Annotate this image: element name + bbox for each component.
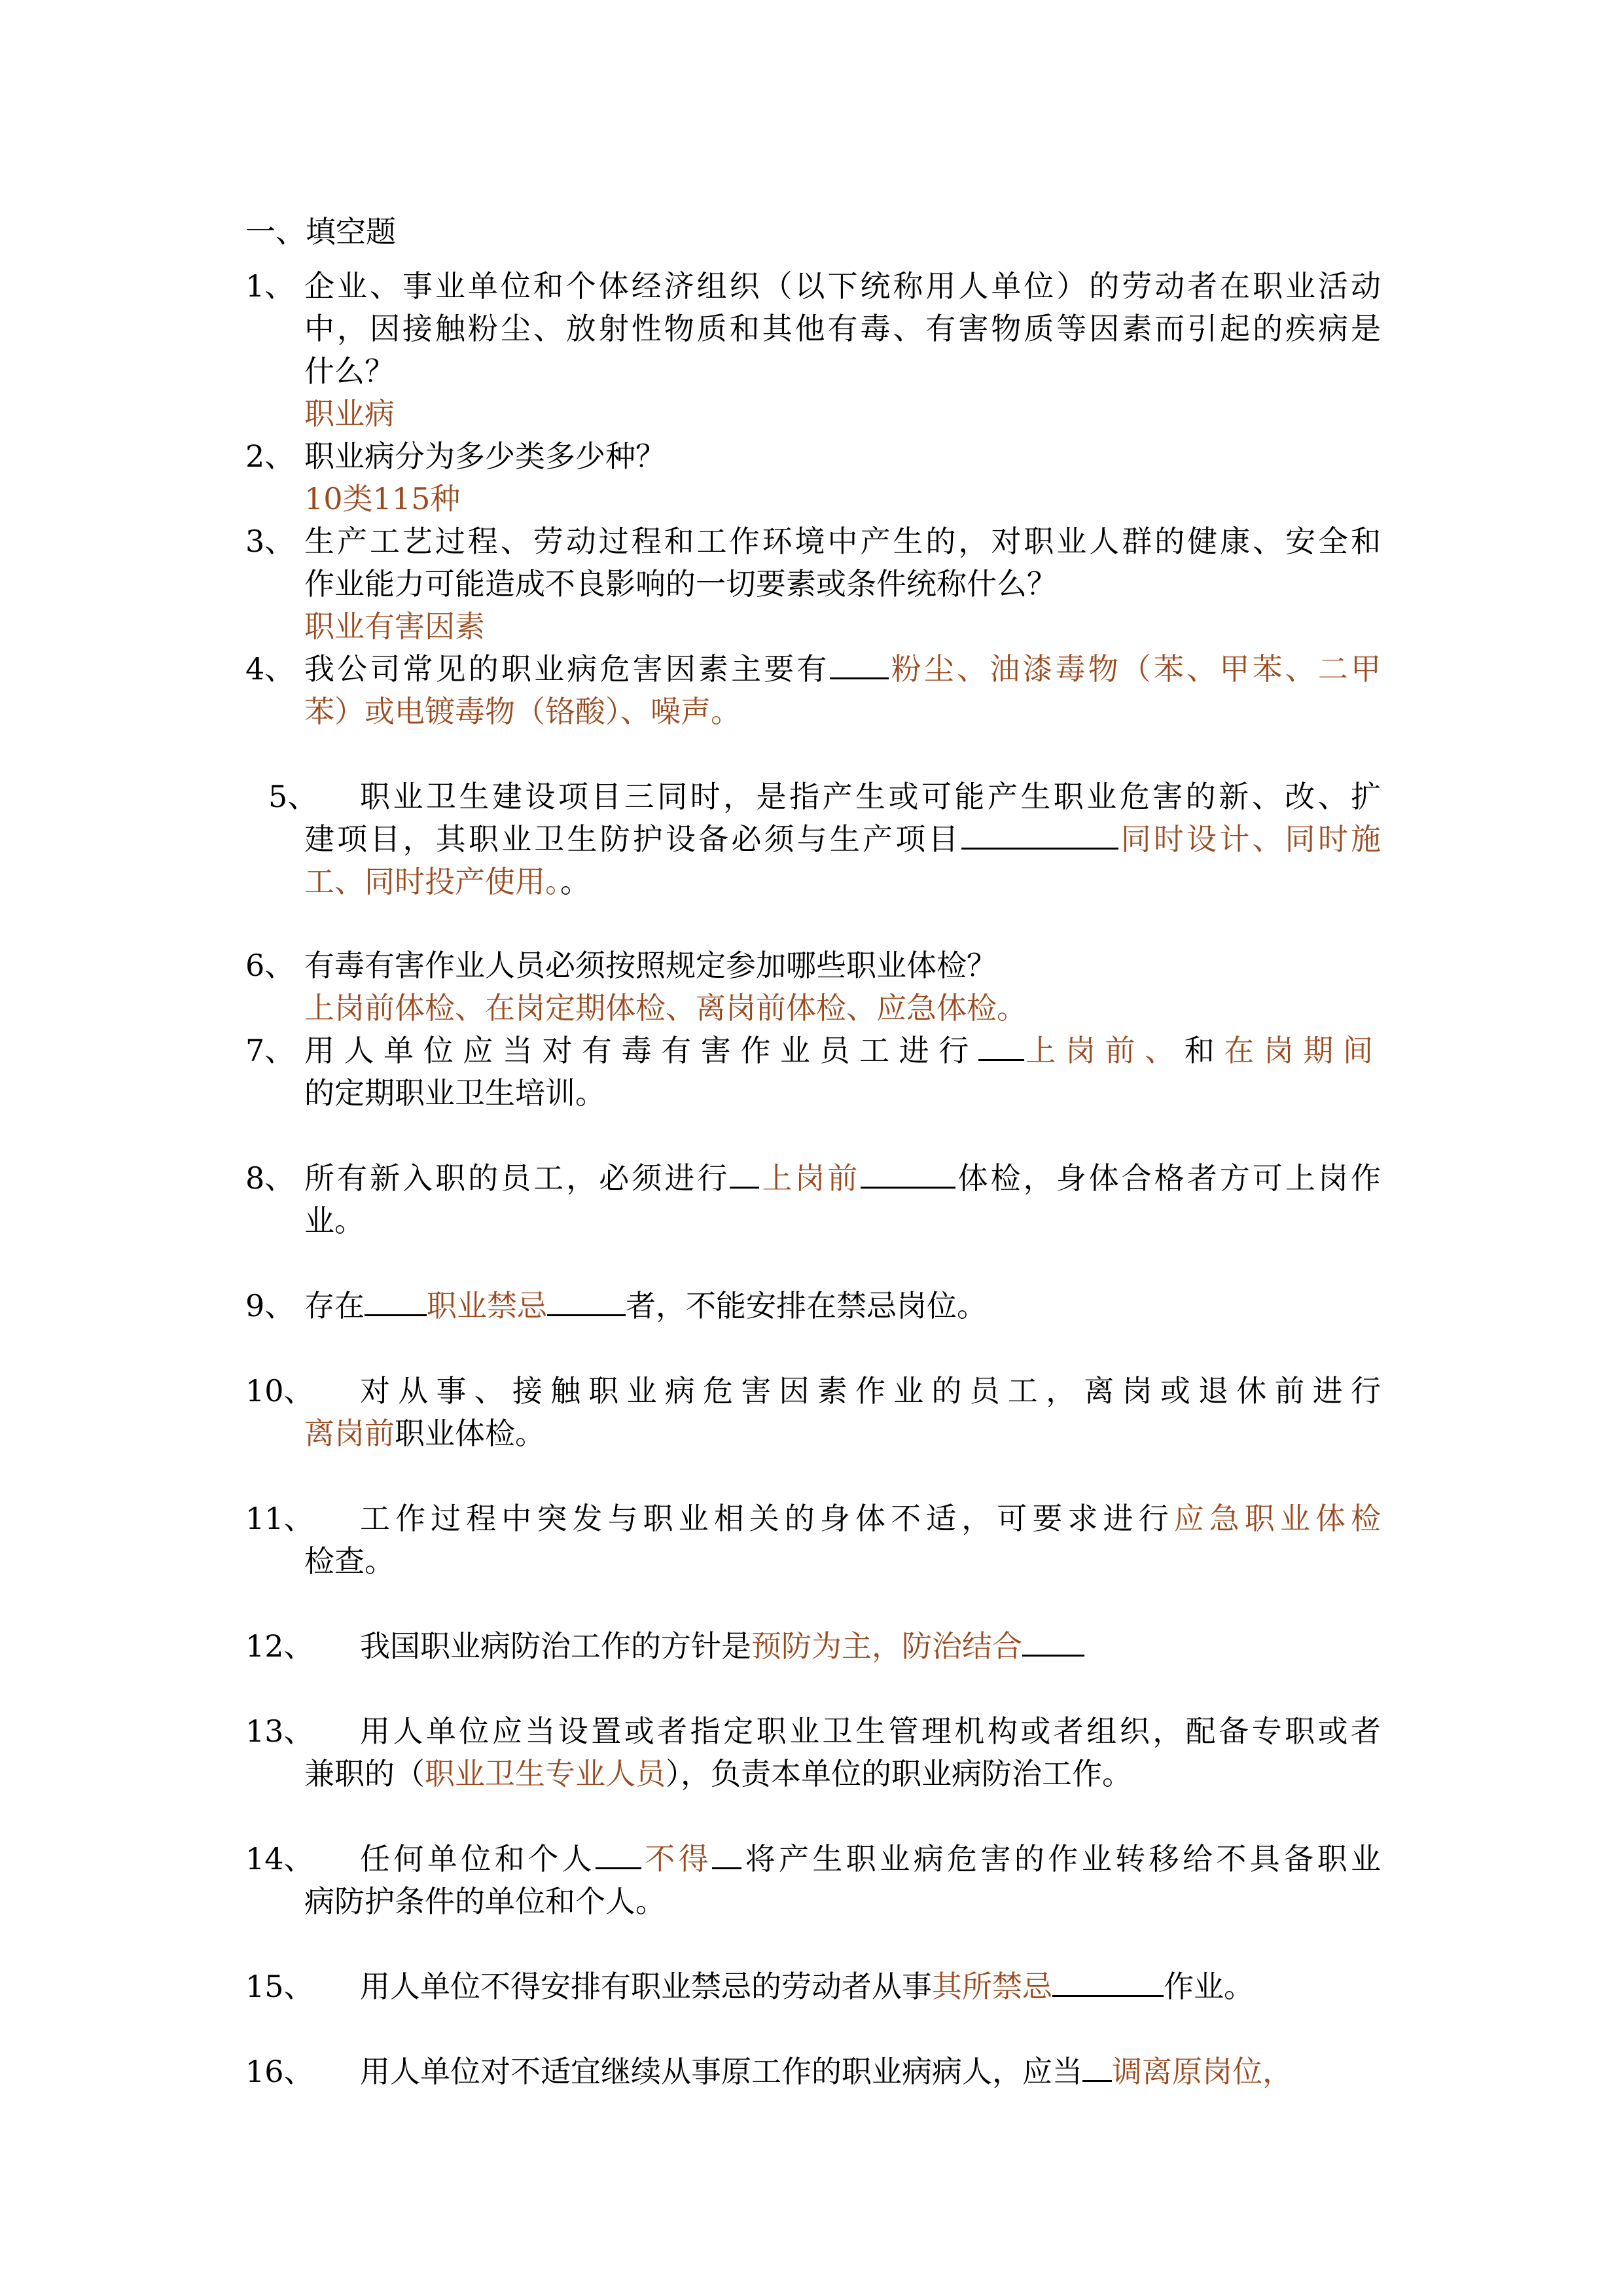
answer-text: 职业有害因素 xyxy=(304,605,1381,648)
question-text: 职业病分为多少类多少种？ xyxy=(304,435,1381,478)
question-number: 16、 xyxy=(245,2051,314,2093)
answer-text: 应急职业体检 xyxy=(1174,1501,1381,1536)
question-text-line: 离岗前职业体检。 xyxy=(304,1412,1381,1455)
answer-text: 在岗期间 xyxy=(1224,1033,1381,1068)
question-prefix: 我公司常见的职业病危害因素主要有 xyxy=(304,651,830,687)
answer-blank xyxy=(730,1158,759,1189)
answer-text: 工、同时投产使用。 xyxy=(304,864,560,899)
answer-text: 10类115种 xyxy=(304,478,1381,520)
question-suffix: 者，不能安排在禁忌岗位。 xyxy=(626,1288,987,1323)
question-text-line: 用人单位对不适宜继续从事原工作的职业病病人，应当调离原岗位， xyxy=(360,2051,1381,2093)
answer-text: 上岗前 xyxy=(759,1160,860,1196)
question-suffix: 作业。 xyxy=(1164,1969,1254,2004)
question-text-line: 生产工艺过程、劳动过程和工作环境中产生的，对职业人群的健康、安全和 xyxy=(304,520,1381,563)
question-number: 3、 xyxy=(245,520,294,563)
question-number: 15、 xyxy=(245,1965,314,2008)
question-prefix: 用人单位对不适宜继续从事原工作的职业病病人，应当 xyxy=(360,2054,1082,2089)
question-text: 有毒有害作业人员必须按照规定参加哪些职业体检？ xyxy=(304,944,1381,987)
question-prefix: 兼职的（ xyxy=(304,1756,425,1791)
question-suffix: ），负责本单位的职业病防治工作。 xyxy=(666,1756,1132,1791)
question-prefix: 建项目，其职业卫生防护设备必须与生产项目 xyxy=(304,821,961,857)
section-heading: 一、填空题 xyxy=(245,211,396,253)
question-text-line: 我公司常见的职业病危害因素主要有粉尘、油漆毒物（苯、甲苯、二甲 xyxy=(304,648,1381,691)
answer-text: 职业卫生专业人员 xyxy=(425,1756,666,1791)
question-text-line: 职业卫生建设项目三同时，是指产生或可能产生职业危害的新、改、扩 xyxy=(360,776,1381,818)
question-prefix: 所有新入职的员工，必须进行 xyxy=(304,1160,730,1196)
question-prefix: 用人单位不得安排有职业禁忌的劳动者从事 xyxy=(360,1969,932,2004)
question-suffix: 。 xyxy=(560,864,590,899)
question-prefix: 用人单位应当对有毒有害作业员工进行 xyxy=(304,1033,978,1068)
question-number: 4、 xyxy=(245,648,294,691)
answer-text: 同时设计、同时施 xyxy=(1118,821,1381,857)
answer-blank xyxy=(365,1285,427,1316)
answer-blank xyxy=(547,1285,626,1316)
document-page: 一、填空题 1、 企业、事业单位和个体经济组织（以下统称用人单位）的劳动者在职业… xyxy=(0,0,1623,2296)
question-text-line: 建项目，其职业卫生防护设备必须与生产项目同时设计、同时施 xyxy=(304,818,1381,861)
answer-blank xyxy=(978,1030,1024,1061)
answer-text: 苯）或电镀毒物（铬酸）、噪声。 xyxy=(304,691,1381,733)
question-text-line: 病防护条件的单位和个人。 xyxy=(304,1880,1381,1923)
question-number: 9、 xyxy=(245,1285,294,1327)
answer-blank xyxy=(830,649,889,679)
question-number: 6、 xyxy=(245,944,294,987)
answer-text: 预防为主，防治结合 xyxy=(751,1628,1022,1664)
answer-text: 不得 xyxy=(641,1841,712,1876)
question-text-line: 检查。 xyxy=(304,1540,1381,1583)
question-number: 11、 xyxy=(245,1498,314,1540)
question-text-line: 所有新入职的员工，必须进行上岗前体检，身体合格者方可上岗作 xyxy=(304,1157,1381,1200)
question-number: 12、 xyxy=(245,1625,314,1668)
answer-blank xyxy=(712,1839,741,1869)
question-text-line: 用人单位不得安排有职业禁忌的劳动者从事其所禁忌作业。 xyxy=(360,1965,1381,2008)
answer-text: 调离原岗位， xyxy=(1112,2054,1293,2089)
question-suffix: 将产生职业病危害的作业转移给不具备职业 xyxy=(741,1841,1381,1876)
question-text-line: 工、同时投产使用。。 xyxy=(304,861,1381,903)
question-text-line: 什么？ xyxy=(304,350,1381,393)
answer-text: 上岗前体检、在岗定期体检、离岗前体检、应急体检。 xyxy=(304,987,1381,1030)
question-text-line: 存在职业禁忌者，不能安排在禁忌岗位。 xyxy=(304,1285,1381,1327)
question-number: 7、 xyxy=(245,1030,294,1072)
answer-text: 其所禁忌 xyxy=(932,1969,1052,2004)
question-text-line: 我国职业病防治工作的方针是预防为主，防治结合 xyxy=(360,1625,1381,1668)
answer-text: 粉尘、油漆毒物（苯、甲苯、二甲 xyxy=(889,651,1381,687)
answer-blank xyxy=(596,1839,641,1869)
answer-blank xyxy=(1082,2051,1112,2082)
question-text-line: 任何单位和个人不得将产生职业病危害的作业转移给不具备职业 xyxy=(360,1838,1381,1880)
question-text-line: 用人单位应当设置或者指定职业卫生管理机构或者组织，配备专职或者 xyxy=(360,1710,1381,1753)
question-text-line: 兼职的（职业卫生专业人员），负责本单位的职业病防治工作。 xyxy=(304,1753,1381,1795)
answer-text: 上岗前、 xyxy=(1024,1033,1185,1068)
question-number: 5、 xyxy=(268,776,317,818)
question-prefix: 存在 xyxy=(304,1288,365,1323)
answer-text: 离岗前 xyxy=(304,1416,395,1451)
question-suffix: 职业体检。 xyxy=(395,1416,545,1451)
question-number: 10、 xyxy=(245,1370,314,1412)
question-text-line: 业。 xyxy=(304,1200,1381,1242)
question-text-line: 中，因接触粉尘、放射性物质和其他有毒、有害物质等因素而引起的疾病是 xyxy=(304,308,1381,350)
question-prefix: 工作过程中突发与职业相关的身体不适，可要求进行 xyxy=(360,1501,1174,1536)
question-number: 8、 xyxy=(245,1157,294,1200)
answer-text: 职业病 xyxy=(304,393,1381,435)
question-number: 13、 xyxy=(245,1710,314,1753)
question-text-line: 对从事、接触职业病危害因素作业的员工，离岗或退休前进行 xyxy=(360,1370,1381,1412)
question-text-line: 企业、事业单位和个体经济组织（以下统称用人单位）的劳动者在职业活动 xyxy=(304,265,1381,308)
answer-blank xyxy=(861,1158,955,1189)
question-number: 14、 xyxy=(245,1838,314,1880)
question-number: 1、 xyxy=(245,265,294,308)
question-text-line: 工作过程中突发与职业相关的身体不适，可要求进行应急职业体检 xyxy=(360,1498,1381,1540)
answer-blank xyxy=(1052,1966,1164,1997)
question-text-line: 的定期职业卫生培训。 xyxy=(304,1072,1381,1115)
answer-blank xyxy=(961,819,1118,850)
question-middle: 和 xyxy=(1185,1033,1224,1068)
question-text-line: 用人单位应当对有毒有害作业员工进行上岗前、和在岗期间 xyxy=(304,1030,1381,1072)
question-number: 2、 xyxy=(245,435,294,478)
answer-blank xyxy=(1022,1626,1084,1657)
question-prefix: 任何单位和个人 xyxy=(360,1841,596,1876)
question-text-line: 作业能力可能造成不良影响的一切要素或条件统称什么？ xyxy=(304,563,1381,605)
question-prefix: 我国职业病防治工作的方针是 xyxy=(360,1628,751,1664)
question-suffix: 体检，身体合格者方可上岗作 xyxy=(955,1160,1381,1196)
answer-text: 职业禁忌 xyxy=(427,1288,547,1323)
